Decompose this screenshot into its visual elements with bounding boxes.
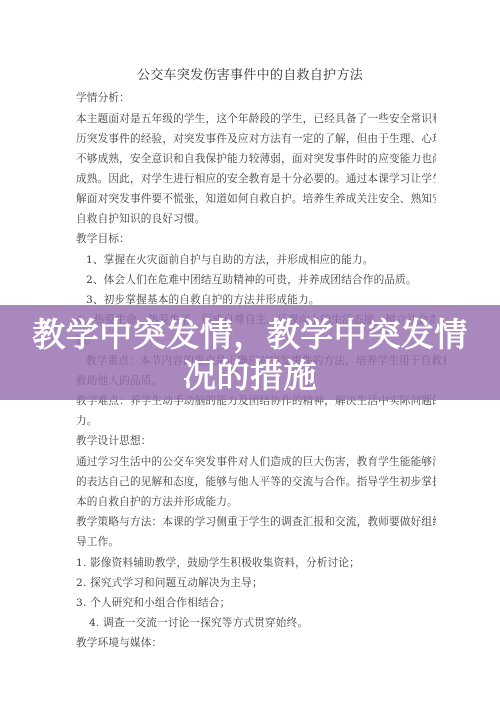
- document-line: 教学环境与媒体：: [76, 636, 436, 650]
- document-line: 教学策略与方法：本课的学习侧重于学生的调查汇报和交流，教师要做好组织引: [76, 515, 436, 529]
- document-line: 本的自救自护的方法并形成能力。: [76, 495, 436, 509]
- document-title: 公交车突发伤害事件中的自救自护方法: [0, 64, 500, 83]
- overlay-headline: 教学中突发情，教学中突发情 况的措施: [0, 314, 500, 396]
- overlay-headline-line-1: 教学中突发情，教学中突发情: [0, 314, 500, 355]
- document-line: 历突发事件的经验，对突发事件及应对方法有一定的了解，但由于生理、心理都: [76, 132, 436, 146]
- document-line: 2. 探究式学习和问题互动解决为主导；: [76, 576, 436, 590]
- document-line: 1. 影像资料辅助教学，鼓励学生积极收集资料，分析讨论；: [76, 556, 436, 570]
- document-line: 3. 个人研究和小组合作相结合；: [76, 596, 436, 610]
- document-line: 教学目标：: [76, 232, 436, 246]
- document-line: 导工作。: [76, 535, 436, 549]
- document-line: 解面对突发事件要不慌张，知道如何自救自护。培养生养成关注安全、熟知安全: [76, 192, 436, 206]
- document-line: 的表达自己的见解和态度，能够与他人平等的交流与合作。指导学生初步掌握基: [76, 475, 436, 489]
- document-line: 本主题面对是五年级的学生，这个年龄段的学生，已经具备了一些安全常识和经: [76, 112, 436, 126]
- document-line: 通过学习生活中的公交车突发事件对人们造成的巨大伤害，教育学生能能够清楚: [76, 455, 436, 469]
- document-line: 自救自护知识的良好习惯。: [76, 212, 436, 226]
- document-line: 不够成熟，安全意识和自我保护能力较薄弱，面对突发事件时的应变能力也尚不: [76, 152, 436, 166]
- document-line: 教学设计思想：: [76, 434, 436, 448]
- document-line: 4. 调查一交流一讨论一探究等方式贯穿始终。: [89, 616, 449, 630]
- overlay-headline-line-2: 况的措施: [0, 355, 500, 396]
- document-line: 1、掌握在火灾面前自护与自助的方法，并形成相应的能力。: [86, 253, 446, 267]
- document-line: 2、体会人们在危难中团结互助精神的可贵，并养成团结合作的品质。: [86, 273, 446, 287]
- document-line: 学情分析：: [76, 91, 436, 105]
- document-line: 力。: [76, 414, 436, 428]
- document-line: 成熟。因此，对学生进行相应的安全教育是十分必要的。通过本课学习让学生了: [76, 172, 436, 186]
